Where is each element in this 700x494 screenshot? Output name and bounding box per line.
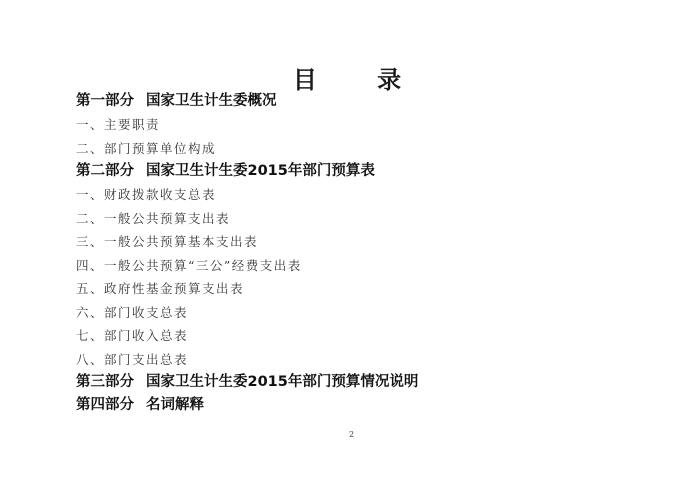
document-page: 目 录 第一部分国家卫生计生委概况 一、主要职责 二、部门预算单位构成 第二部分… xyxy=(0,0,700,494)
toc-item[interactable]: 四、一般公共预算“三公”经费支出表 xyxy=(76,254,418,278)
toc-item[interactable]: 一、财政拨款收支总表 xyxy=(76,183,418,207)
toc-item[interactable]: 三、一般公共预算基本支出表 xyxy=(76,230,418,254)
part-title: 名词解释 xyxy=(146,397,204,413)
part-number: 第四部分 xyxy=(76,394,146,417)
part-number: 第三部分 xyxy=(76,371,146,394)
toc-item[interactable]: 六、部门收支总表 xyxy=(76,301,418,325)
toc-item[interactable]: 五、政府性基金预算支出表 xyxy=(76,277,418,301)
page-number: 2 xyxy=(349,430,354,439)
toc-item[interactable]: 二、一般公共预算支出表 xyxy=(76,207,418,231)
toc-item[interactable]: 一、主要职责 xyxy=(76,113,418,137)
table-of-contents: 第一部分国家卫生计生委概况 一、主要职责 二、部门预算单位构成 第二部分国家卫生… xyxy=(76,90,418,417)
toc-item[interactable]: 七、部门收入总表 xyxy=(76,324,418,348)
toc-item[interactable]: 二、部门预算单位构成 xyxy=(76,137,418,161)
part-title: 国家卫生计生委2015年部门预算情况说明 xyxy=(146,374,418,390)
part-number: 第一部分 xyxy=(76,90,146,113)
toc-part-3[interactable]: 第三部分国家卫生计生委2015年部门预算情况说明 xyxy=(76,371,418,394)
toc-part-4[interactable]: 第四部分名词解释 xyxy=(76,394,418,417)
part-title: 国家卫生计生委2015年部门预算表 xyxy=(146,163,375,179)
toc-part-2[interactable]: 第二部分国家卫生计生委2015年部门预算表 xyxy=(76,160,418,183)
part-title: 国家卫生计生委概况 xyxy=(146,93,277,109)
toc-item[interactable]: 八、部门支出总表 xyxy=(76,348,418,372)
toc-part-1[interactable]: 第一部分国家卫生计生委概况 xyxy=(76,90,418,113)
part-number: 第二部分 xyxy=(76,160,146,183)
